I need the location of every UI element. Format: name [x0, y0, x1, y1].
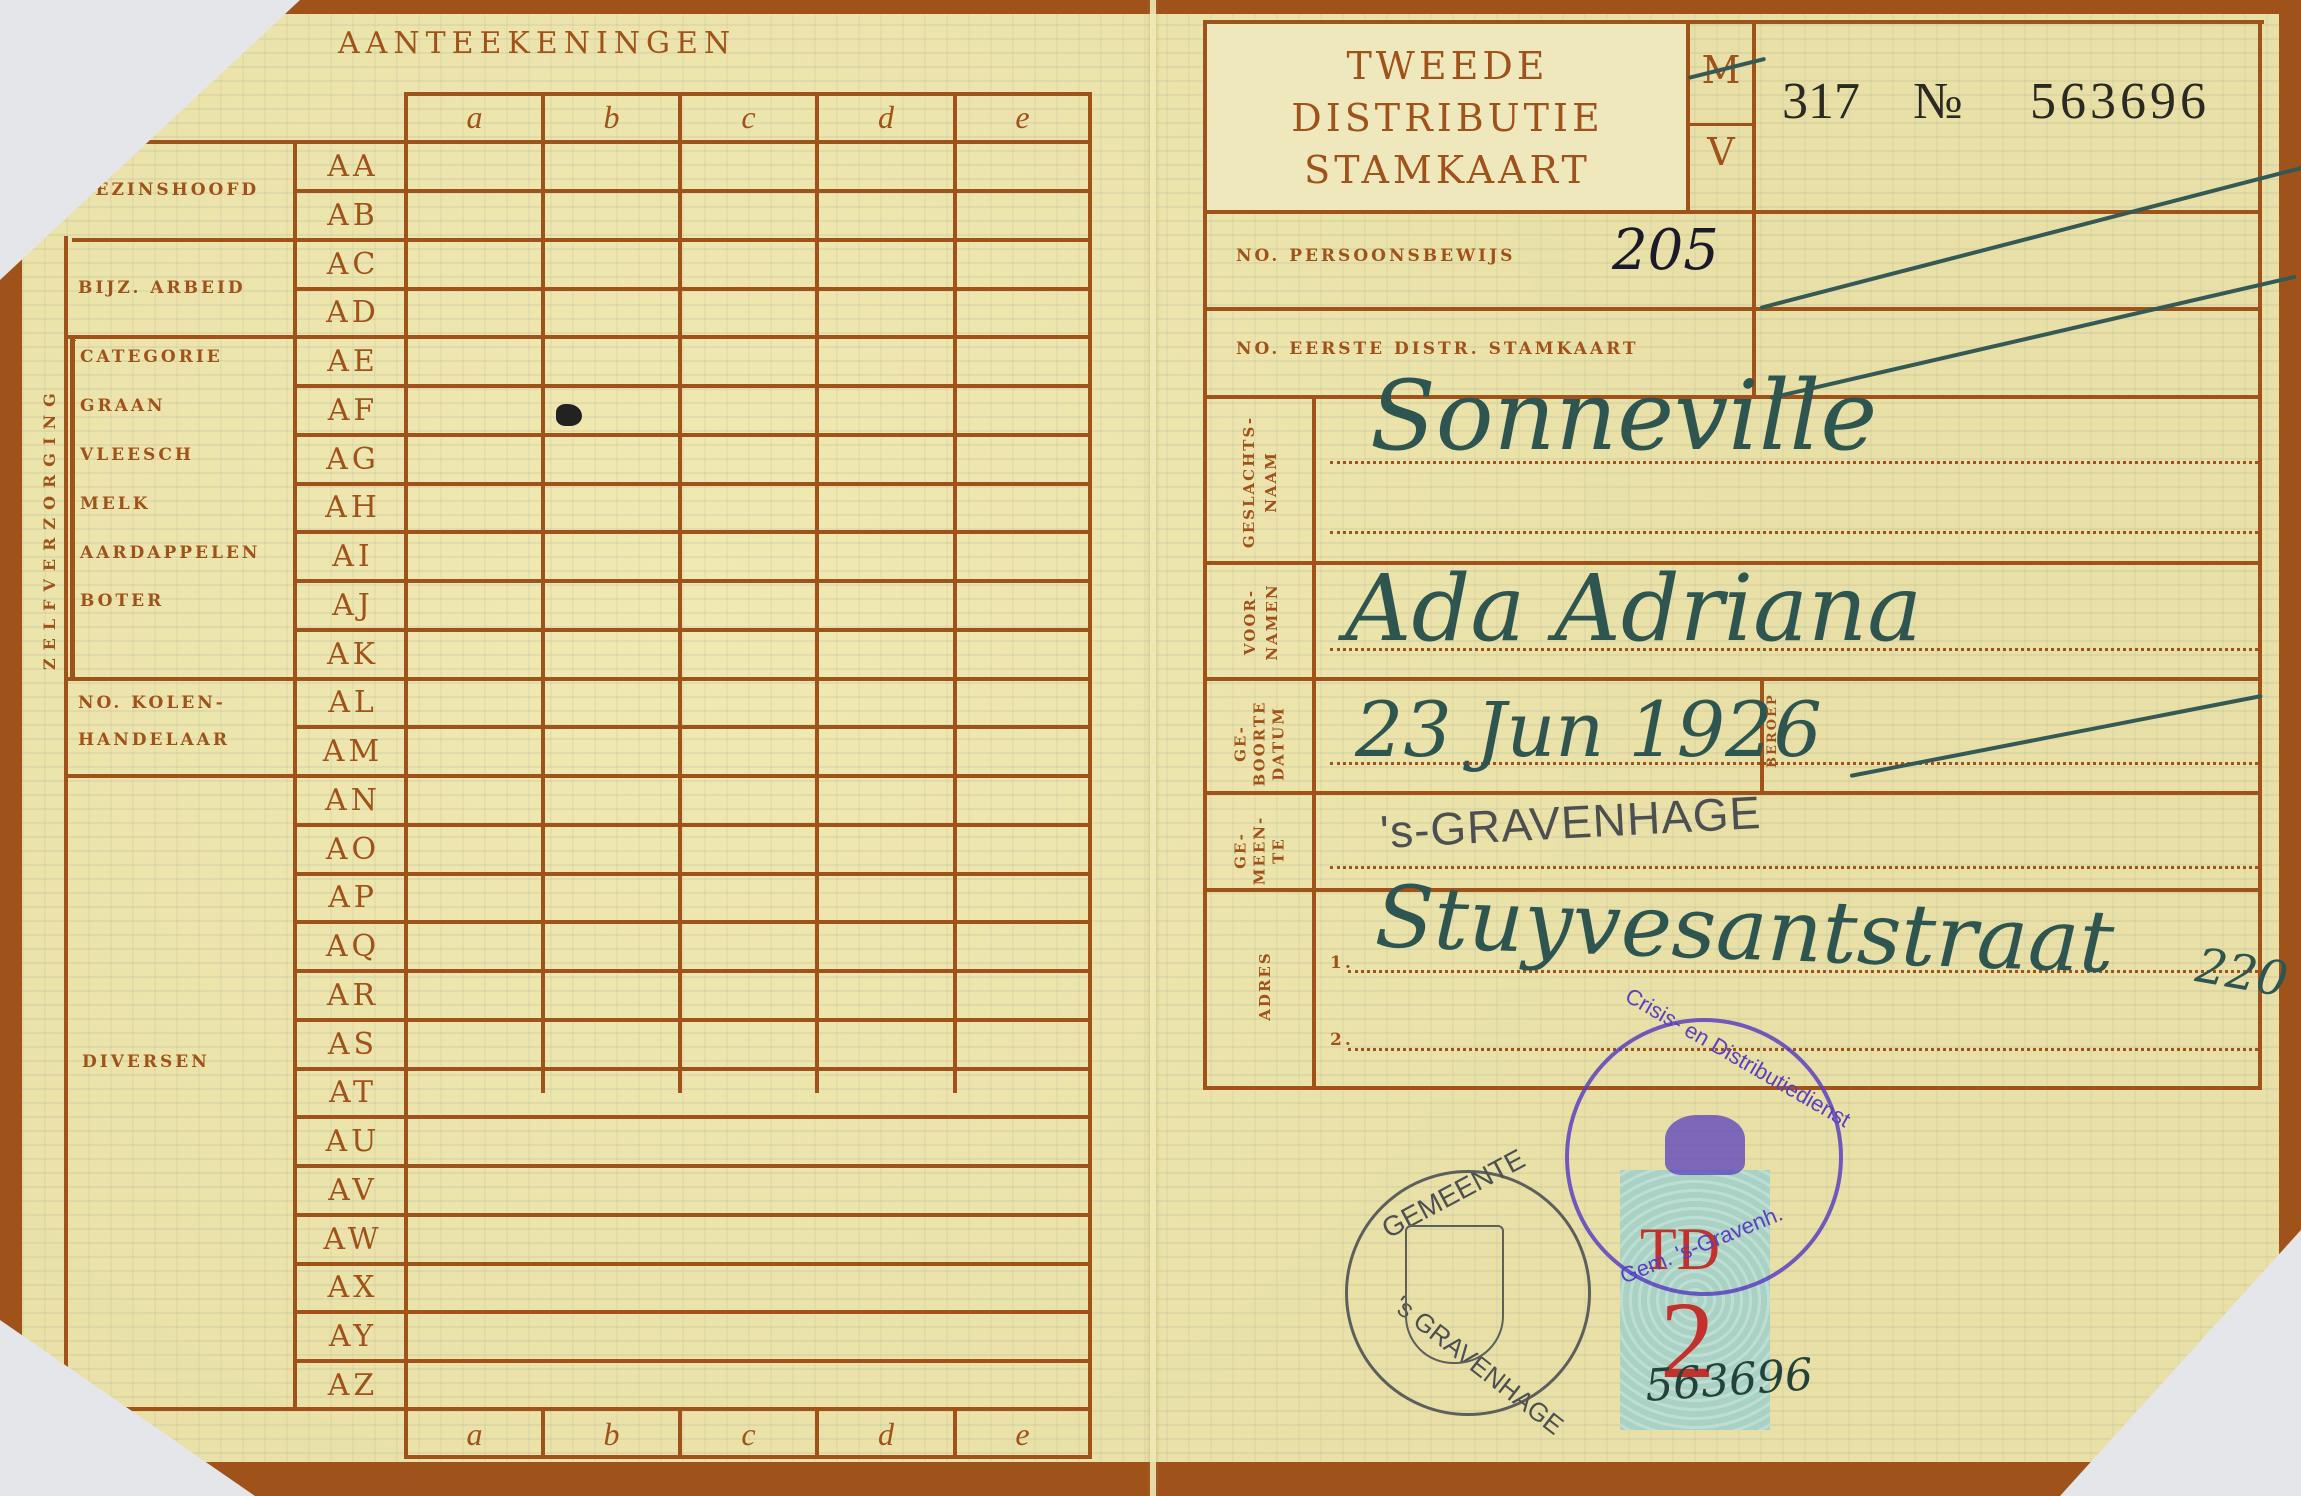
row-code: AV: [300, 1166, 406, 1215]
card-footer-number: 317: [2184, 1400, 2223, 1430]
label-gemeente: GE-MEEN-TE: [1232, 801, 1289, 901]
eagle-emblem-icon: [1665, 1115, 1745, 1175]
label-kolen-line2: HANDELAAR: [78, 730, 230, 750]
strike-persoonsbewijs: [1759, 166, 2301, 310]
value-adres-housenumber: 220: [2192, 937, 2292, 1008]
value-voornamen: Ada Adriana: [1345, 555, 1922, 662]
col-footer-c: c: [682, 1409, 815, 1459]
row-code: AS: [300, 1020, 406, 1069]
row-code: AU: [300, 1117, 406, 1166]
serial-number: 563696: [2030, 72, 2210, 131]
row-code: AA: [300, 142, 406, 191]
row-code: AB: [300, 191, 406, 240]
serial-no-symbol: №: [1913, 72, 1963, 131]
row-code: AR: [300, 971, 406, 1020]
grid-col-line: [678, 92, 682, 1093]
row-code: AO: [300, 825, 406, 874]
folded-corner: [2060, 1230, 2301, 1496]
label-beroep: BEROEP: [1762, 698, 1784, 768]
distribution-card: AANTEEKENINGEN: [0, 0, 2301, 1496]
label-geboortedatum: GE-BOORTEDATUM: [1232, 694, 1289, 794]
grid-col-line: [953, 92, 957, 1093]
label-kolen-line1: NO. KOLEN-: [78, 693, 226, 713]
row-code: AT: [300, 1068, 406, 1117]
row-code: AD: [300, 288, 406, 337]
col-header-e: e: [957, 92, 1088, 142]
label-persoonsbewijs: NO. PERSOONSBEWIJS: [1236, 246, 1515, 266]
label-vleesch: VLEESCH: [80, 445, 194, 465]
strike-beroep: [1850, 694, 2263, 778]
row-code: AE: [300, 337, 406, 386]
label-bijz-arbeid: BIJZ. ARBEID: [78, 278, 246, 298]
coat-of-arms-icon: [1405, 1225, 1504, 1364]
value-adres: Stuyvesantstraat: [1373, 867, 2115, 993]
label-categorie: CATEGORIE: [80, 347, 223, 367]
label-voornamen: VOOR-NAMEN: [1239, 569, 1283, 675]
title-box: TWEEDE DISTRIBUTIE STAMKAART: [1207, 24, 1688, 210]
value-geboortedatum: 23 Jun 1926: [1355, 685, 1822, 774]
row-code: AF: [300, 386, 406, 435]
label-adres: ADRES: [1254, 946, 1276, 1026]
col-footer-d: d: [819, 1409, 953, 1459]
col-footer-a: a: [408, 1409, 541, 1459]
left-page-title: AANTEEKENINGEN: [338, 26, 736, 61]
label-zelfverzorging: ZELFVERZORGING: [40, 385, 59, 670]
row-code: AM: [300, 727, 406, 776]
row-code: AY: [300, 1312, 406, 1361]
row-code: AP: [300, 873, 406, 922]
col-header-c: c: [682, 92, 815, 142]
col-footer-e: e: [957, 1409, 1088, 1459]
value-geslachtsnaam: Sonneville: [1370, 360, 1877, 472]
tax-stamp-handwritten-number: 563696: [1643, 1349, 1814, 1412]
label-adres-line2: 2.: [1330, 1030, 1354, 1050]
sex-v: V: [1688, 130, 1754, 174]
ink-blot: [556, 404, 582, 426]
label-aardappelen: AARDAPPELEN: [80, 543, 260, 563]
row-code: AQ: [300, 922, 406, 971]
label-graan: GRAAN: [80, 396, 166, 416]
row-code: AK: [300, 630, 406, 679]
row-code: AZ: [300, 1361, 406, 1410]
title-line-1: TWEEDE: [1207, 44, 1688, 88]
title-line-2: DISTRIBUTIE: [1207, 96, 1688, 140]
label-eerste-stamkaart: NO. EERSTE DISTR. STAMKAART: [1236, 339, 1639, 359]
label-gezinshoofd: GEZINSHOOFD: [78, 180, 259, 200]
title-line-3: STAMKAART: [1207, 148, 1688, 192]
row-code: AG: [300, 435, 406, 484]
row-code: AI: [300, 532, 406, 581]
grid-col-line: [815, 92, 819, 1093]
value-gemeente-stamp: 's-GRAVENHAGE: [1379, 785, 1763, 859]
col-header-b: b: [545, 92, 678, 142]
serial-prefix: 317: [1782, 72, 1860, 131]
row-code: AW: [300, 1215, 406, 1264]
center-fold: [1150, 0, 1156, 1496]
col-header-a: a: [408, 92, 541, 142]
label-diversen: DIVERSEN: [82, 1052, 210, 1072]
label-boter: BOTER: [80, 591, 164, 611]
label-melk: MELK: [80, 494, 151, 514]
row-code: AC: [300, 240, 406, 289]
card-border-right: [2279, 0, 2301, 1496]
grid-col-line: [541, 92, 545, 1093]
row-code: AL: [300, 678, 406, 727]
row-code: AH: [300, 483, 406, 532]
label-geslachtsnaam: GESLACHTS-NAAM: [1238, 407, 1282, 557]
row-code: AJ: [300, 581, 406, 630]
value-persoonsbewijs: 205: [1612, 218, 1719, 283]
col-footer-b: b: [545, 1409, 678, 1459]
row-code: AN: [300, 776, 406, 825]
col-header-d: d: [819, 92, 953, 142]
card-border-left: [0, 0, 22, 1496]
row-code: AX: [300, 1263, 406, 1312]
